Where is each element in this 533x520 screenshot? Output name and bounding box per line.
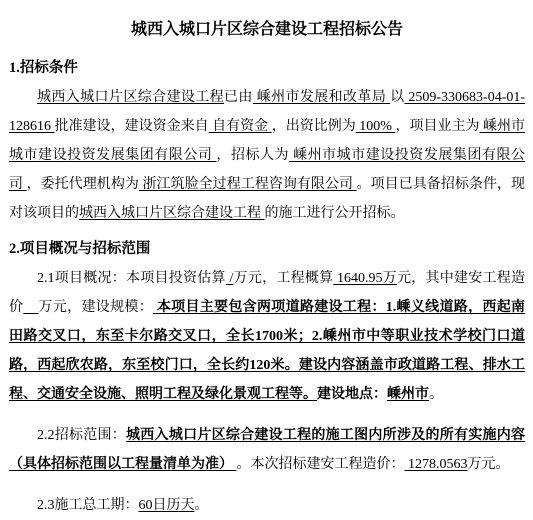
construction-location-value: 嵊州市: [387, 387, 429, 402]
text-run: ，招标人为: [216, 148, 289, 163]
text-run: 批准建设，建设资金来自: [55, 119, 209, 134]
project-name: 城西入城口片区综合建设工程: [79, 206, 265, 221]
tender-announcement-document: 城西入城口片区综合建设工程招标公告 1.招标条件 城西入城口片区综合建设工程已由…: [0, 0, 533, 520]
text-run: 。: [195, 498, 209, 513]
text-run: 万元。: [468, 457, 510, 472]
text-run: ，出资比例为: [272, 119, 356, 134]
project-budget-value: 1640.95万: [333, 271, 397, 286]
text-run: 以: [390, 90, 404, 105]
text-run: 2.3施工总工期：: [37, 498, 139, 513]
approval-authority: 嵊州市发展和改革局: [253, 90, 390, 105]
section-2-heading: 2.项目概况与招标范围: [9, 238, 525, 260]
tender-construction-cost-value: 1278.0563: [405, 457, 468, 472]
construction-location-label: 建设地点：: [317, 387, 387, 402]
construction-period-value: 60日历天: [139, 498, 195, 513]
construction-scale-description: 本项目主要包含两项道路建设工程：1.嵊义线道路，西起南田路交叉口，东至卡尔路交叉…: [9, 300, 525, 402]
paragraph-tender-scope: 2.2招标范围：城西入城口片区综合建设工程的施工图内所涉及的所有实施内容（具体招…: [9, 421, 525, 479]
project-name: 城西入城口片区综合建设工程: [37, 90, 224, 105]
text-run: 。: [429, 387, 443, 402]
text-run: 万元，工程概算: [233, 271, 333, 286]
construction-cost-blank: [23, 300, 38, 315]
paragraph-tender-conditions: 城西入城口片区综合建设工程已由 嵊州市发展和改革局 以 2509-330683-…: [9, 83, 525, 228]
text-run: ，委托代理机构为: [27, 177, 139, 192]
text-run: 的施工进行公开招标。: [265, 206, 405, 221]
paragraph-project-overview: 2.1项目概况：本项目投资估算 /万元，工程概算 1640.95万元，其中建安工…: [9, 264, 525, 409]
funding-ratio: 100%: [356, 119, 396, 134]
text-run: 。本次招标建安工程造价：: [237, 457, 405, 472]
text-run: 万元，建设规模：: [39, 300, 153, 315]
text-run: 2.2招标范围：: [37, 428, 126, 443]
document-title: 城西入城口片区综合建设工程招标公告: [9, 18, 525, 41]
text-run: ，项目业主为: [395, 119, 479, 134]
text-run: 2.1项目概况：本项目投资估算: [37, 271, 226, 286]
tender-agency: 浙江筑脸全过程工程咨询有限公司: [139, 177, 357, 192]
section-1-heading: 1.招标条件: [9, 57, 525, 79]
paragraph-construction-period: 2.3施工总工期：60日历天。: [9, 491, 525, 520]
funding-source: 自有资金: [209, 119, 272, 134]
text-run: 已由: [224, 90, 253, 105]
